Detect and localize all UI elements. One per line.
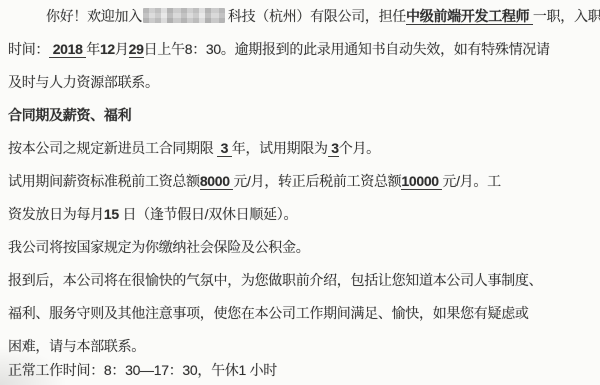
- text-run: 试用期间薪资标准税前工资总额: [8, 173, 200, 189]
- text-run: 个月。: [339, 140, 380, 156]
- text-run: 3: [328, 140, 339, 157]
- text-run: 8000: [200, 173, 234, 190]
- working-hours-paragraph-clipped: 正常工作时间：8：30—17：30，午休1 小时: [8, 363, 594, 378]
- text-run: 29: [129, 41, 144, 58]
- section-heading-contract-salary-benefits: 合同期及薪资、福利: [8, 99, 594, 132]
- text-run: 我公司将按国家规定为你缴纳社会保险及公积金。: [8, 239, 309, 255]
- redacted-company-name: [143, 8, 225, 23]
- text-run: 科技（杭州）有限公司，担任: [228, 8, 406, 24]
- text-run: 正常工作时间：8：30—17：30，午休1 小时: [8, 362, 277, 378]
- text-run: 月: [115, 41, 129, 57]
- page: { "colors": { "background": "#fbfbf9", "…: [0, 0, 600, 385]
- greeting-paragraph: 你好！欢迎加入科技（杭州）有限公司，担任中级前端开发工程师 一职，入职 时间： …: [8, 0, 594, 99]
- text-run: 合同期及薪资、福利: [8, 107, 131, 123]
- text-run: 按本公司之规定新进员工合同期限: [8, 140, 217, 156]
- text-run: 10000: [401, 173, 442, 190]
- text-run: 报到后，本公司将在很愉快的气氛中，为您做职前介绍，包括让您知道本公司人事制度、 …: [8, 272, 542, 354]
- text-run: 年: [86, 41, 100, 57]
- offer-letter-document: 你好！欢迎加入科技（杭州）有限公司，担任中级前端开发工程师 一职，入职 时间： …: [0, 0, 600, 385]
- salary-paragraph: 试用期间薪资标准税前工资总额8000 元/月，转正后税前工资总额10000 元/…: [8, 165, 594, 231]
- text-run: 3: [217, 140, 232, 157]
- onboarding-intro-paragraph: 报到后，本公司将在很愉快的气氛中，为您做职前介绍，包括让您知道本公司人事制度、 …: [8, 264, 594, 363]
- text-run: 元/月，转正后税前工资总额: [233, 173, 401, 189]
- text-run: 中级前端开发工程师: [406, 8, 533, 25]
- contract-term-paragraph: 按本公司之规定新进员工合同期限 3 年，试用期限为 3个月。: [8, 132, 594, 165]
- text-run: 15: [104, 206, 119, 222]
- text-run: 2018: [49, 41, 86, 58]
- text-run: 日（逢节假日/双休日顺延）。: [119, 206, 297, 222]
- text-run: 年，试用期限为: [232, 140, 328, 156]
- text-run: 12: [100, 41, 115, 57]
- social-insurance-paragraph: 我公司将按国家规定为你缴纳社会保险及公积金。: [8, 231, 594, 264]
- text-run: 你好！欢迎加入: [46, 8, 142, 24]
